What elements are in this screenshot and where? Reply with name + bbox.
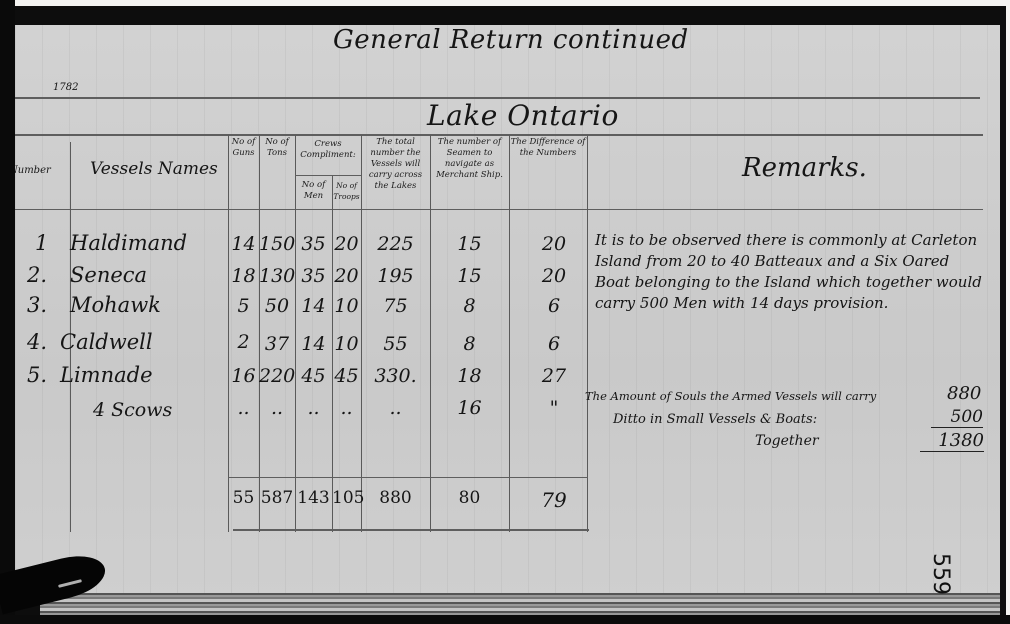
header-guns: No of Guns [228,137,259,159]
total-carry: 880 [361,488,430,508]
header-seamen: The number of Seamen to navigate as Merc… [430,137,509,181]
seamen-value: 16 [430,397,509,419]
troops-value: 10 [332,333,361,355]
vessel-name: Haldimand [70,231,187,255]
row-number: 3. [27,293,47,317]
total-tons: 587 [259,488,295,508]
summary-value: 880 [947,383,981,404]
total-value: 55 [361,333,430,355]
men-value: 45 [295,365,332,387]
tons-value: 150 [259,233,295,255]
summary-label: Together [755,433,819,449]
total-troops: 105 [332,488,361,508]
difference-value: 27 [509,365,599,387]
rule-totals-bottom [233,529,589,531]
vessel-name: Mohawk [70,293,161,317]
troops-value: 20 [332,233,361,255]
men-value: 14 [295,333,332,355]
tons-value: 50 [259,295,295,317]
troops-value: 45 [332,365,361,387]
header-vessel-names: Vessels Names [90,159,218,179]
difference-value: 6 [509,295,599,317]
header-difference: The Difference of the Numbers [509,137,587,159]
summary-value: 500 [931,407,983,428]
difference-value: 20 [509,265,599,287]
rule-header-bottom [15,209,983,210]
header-tons: No of Tons [259,137,295,159]
remarks-note: It is to be observed there is commonly a… [595,230,985,314]
vessel-name: Limnade [60,363,153,387]
row-number: 5. [27,363,47,387]
guns-value: .. [228,397,259,419]
row-number: 1 [35,231,48,255]
seamen-value: 8 [430,333,509,355]
rule-header-top [15,134,983,136]
book-page-edges [40,593,1000,617]
scan-right-margin [1006,0,1010,624]
total-value: 195 [361,265,430,287]
seamen-value: 15 [430,233,509,255]
guns-value: 14 [228,233,259,255]
header-crews-compliment: Crews Compliment: [295,139,361,161]
total-seamen: 80 [430,488,509,508]
men-value: .. [295,397,332,419]
row-number: 4. [27,330,47,354]
header-remarks: Remarks. [742,153,867,183]
guns-value: 16 [228,365,259,387]
troops-value: .. [332,397,361,419]
ledger-page: General Return continued 1782 Lake Ontar… [15,25,1000,600]
men-value: 14 [295,295,332,317]
header-men: No of Men [295,180,332,202]
scan-left-border [0,0,15,624]
vessel-name: Seneca [70,263,147,287]
tons-value: 37 [259,333,295,355]
rule-totals-top [228,477,588,478]
tons-value: 220 [259,365,295,387]
total-value: 225 [361,233,430,255]
seamen-value: 8 [430,295,509,317]
rule-crews-split [295,175,361,176]
guns-value: 2 [228,331,259,353]
seamen-value: 15 [430,265,509,287]
total-guns: 55 [228,488,259,508]
year-label: 1782 [53,82,78,93]
difference-value: 20 [509,233,599,255]
men-value: 35 [295,265,332,287]
vessel-name: 4 Scows [93,399,172,421]
men-value: 35 [295,233,332,255]
scan-bottom-border [0,615,1010,624]
troops-value: 10 [332,295,361,317]
total-value: .. [361,397,430,419]
header-total-carry: The total number the Vessels will carry … [361,137,430,192]
total-value: 75 [361,295,430,317]
summary-label: Ditto in Small Vessels & Boats: [613,412,817,427]
troops-value: 20 [332,265,361,287]
row-number: 2. [27,263,47,287]
scan-top-margin [0,0,1010,6]
summary-label: The Amount of Souls the Armed Vessels wi… [585,389,876,403]
section-title: Lake Ontario [427,99,619,132]
header-troops: No of Troops [332,180,361,202]
tons-value: 130 [259,265,295,287]
summary-value: 1380 [920,430,984,452]
total-men: 143 [295,488,332,508]
total-difference: 79 [509,488,599,512]
seamen-value: 18 [430,365,509,387]
tons-value: .. [259,397,295,419]
difference-value: 6 [509,333,599,355]
document-heading: General Return continued [333,25,689,55]
guns-value: 5 [228,295,259,317]
total-value: 330. [361,365,430,387]
header-number: Number [15,165,51,176]
vessel-name: Caldwell [60,330,153,354]
page-number: 559 [928,553,953,595]
guns-value: 18 [228,265,259,287]
